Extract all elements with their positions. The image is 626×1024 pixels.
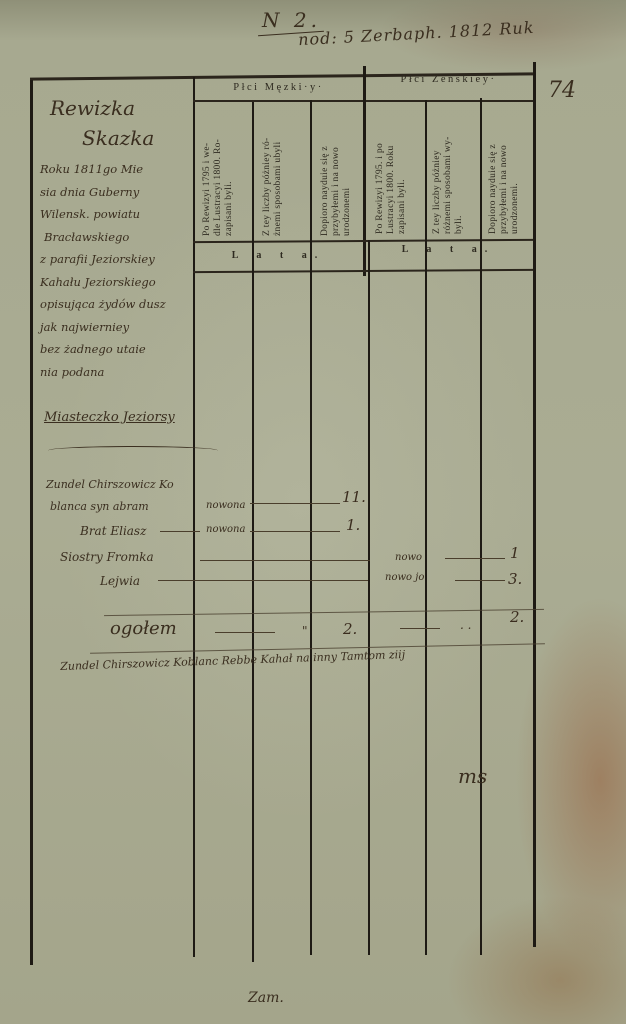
total-value-male-departed: " — [302, 624, 308, 638]
total-leader — [215, 632, 275, 633]
row-note: nowo — [395, 552, 422, 563]
preamble-text: Roku 1811go Mie sia dnia Guberny Wilensk… — [40, 158, 195, 383]
town-heading: Miasteczko Jeziorsy — [44, 410, 175, 425]
total-leader — [400, 628, 440, 629]
row-name: Zundel Chirszowicz Ko — [46, 478, 174, 491]
row-name: Brat Eliasz — [80, 524, 146, 538]
row-name: blanca syn abram — [50, 500, 149, 513]
row-value: 1. — [346, 516, 360, 534]
row-leader — [250, 503, 340, 504]
row-leader — [250, 531, 340, 532]
town-flourish — [48, 446, 218, 455]
col-divider-2 — [310, 100, 312, 955]
preamble-line: Roku 1811go Mie — [40, 158, 195, 181]
row-leader — [158, 580, 368, 581]
row-leader — [445, 558, 505, 559]
frame-left-border — [30, 80, 33, 965]
col-divider-4 — [425, 100, 427, 955]
receipt-annotation: nod: 5 Zerbaph. 1812 Ruk — [298, 18, 535, 49]
total-label: ogołem — [110, 618, 177, 639]
signature: ms — [458, 764, 487, 788]
col-header-female-current: Dopioro nayduie się z przybyłemi i na no… — [488, 144, 521, 234]
col-header-female-departed: Z tey liczby póżniey różnemi sposobami w… — [432, 136, 465, 234]
row-value: 1 — [510, 544, 520, 562]
col-header-male-recorded: Po Rewizyi 1795 i we- dle Lustracyi 1800… — [202, 139, 235, 236]
row-value: 11. — [342, 488, 366, 506]
male-group-header: Płci Męzki·y· — [196, 82, 361, 93]
row-name: Siostry Fromka — [60, 550, 154, 564]
preamble-line: opisująca żydów dusz — [40, 293, 195, 316]
folio-number: 74 — [548, 78, 576, 103]
preamble-line: z parafii Jeziorskiey — [40, 248, 195, 271]
preamble-line: sia dnia Guberny — [40, 181, 195, 204]
total-value-female-current: 2. — [510, 608, 524, 626]
preamble-line: bez żadnego utaie — [40, 338, 195, 361]
female-units-label: L a t a. — [366, 244, 531, 255]
row-leader — [200, 560, 370, 561]
document-number: N 2. — [262, 8, 321, 32]
col-divider-3 — [368, 240, 370, 955]
col-divider-1 — [252, 102, 254, 962]
preamble-line: jak najwierniey — [40, 316, 195, 339]
col-divider-5 — [480, 98, 482, 955]
col-header-female-recorded: Po Rewizyi 1795. i po Lustracyi 1800. Ro… — [375, 143, 408, 234]
preamble-line: Kahału Jeziorskiego — [40, 271, 195, 294]
preamble-line: Bracławskiego — [40, 226, 195, 249]
footer-mark: Zam. — [248, 990, 284, 1006]
row-note: nowona — [206, 524, 245, 535]
col-header-male-current: Dopioro nayduie się z przybyłemi i na no… — [320, 146, 353, 236]
row-leader — [455, 580, 505, 581]
frame-right-border — [533, 62, 536, 947]
document-subtitle: Skazka — [82, 126, 154, 150]
male-units-label: L a t a. — [196, 250, 361, 261]
row-leader — [160, 531, 200, 532]
row-note: nowo jo — [385, 572, 424, 583]
total-value-female-departed: . . — [460, 618, 471, 632]
row-name: Lejwia — [100, 574, 140, 588]
document-title: Rewizka — [50, 96, 135, 120]
total-row-top — [104, 609, 544, 616]
row-value: 3. — [508, 570, 522, 588]
row-note: nowona — [206, 500, 245, 511]
preamble-line: nia podana — [40, 361, 195, 384]
female-group-header: Płci Zeńskiey· — [366, 74, 531, 85]
preamble-line: Wilensk. powiatu — [40, 203, 195, 226]
total-value-male-current: 2. — [343, 620, 357, 638]
col-header-male-departed: Z tey liczby póżniey ró- żnemi sposobami… — [262, 138, 284, 236]
